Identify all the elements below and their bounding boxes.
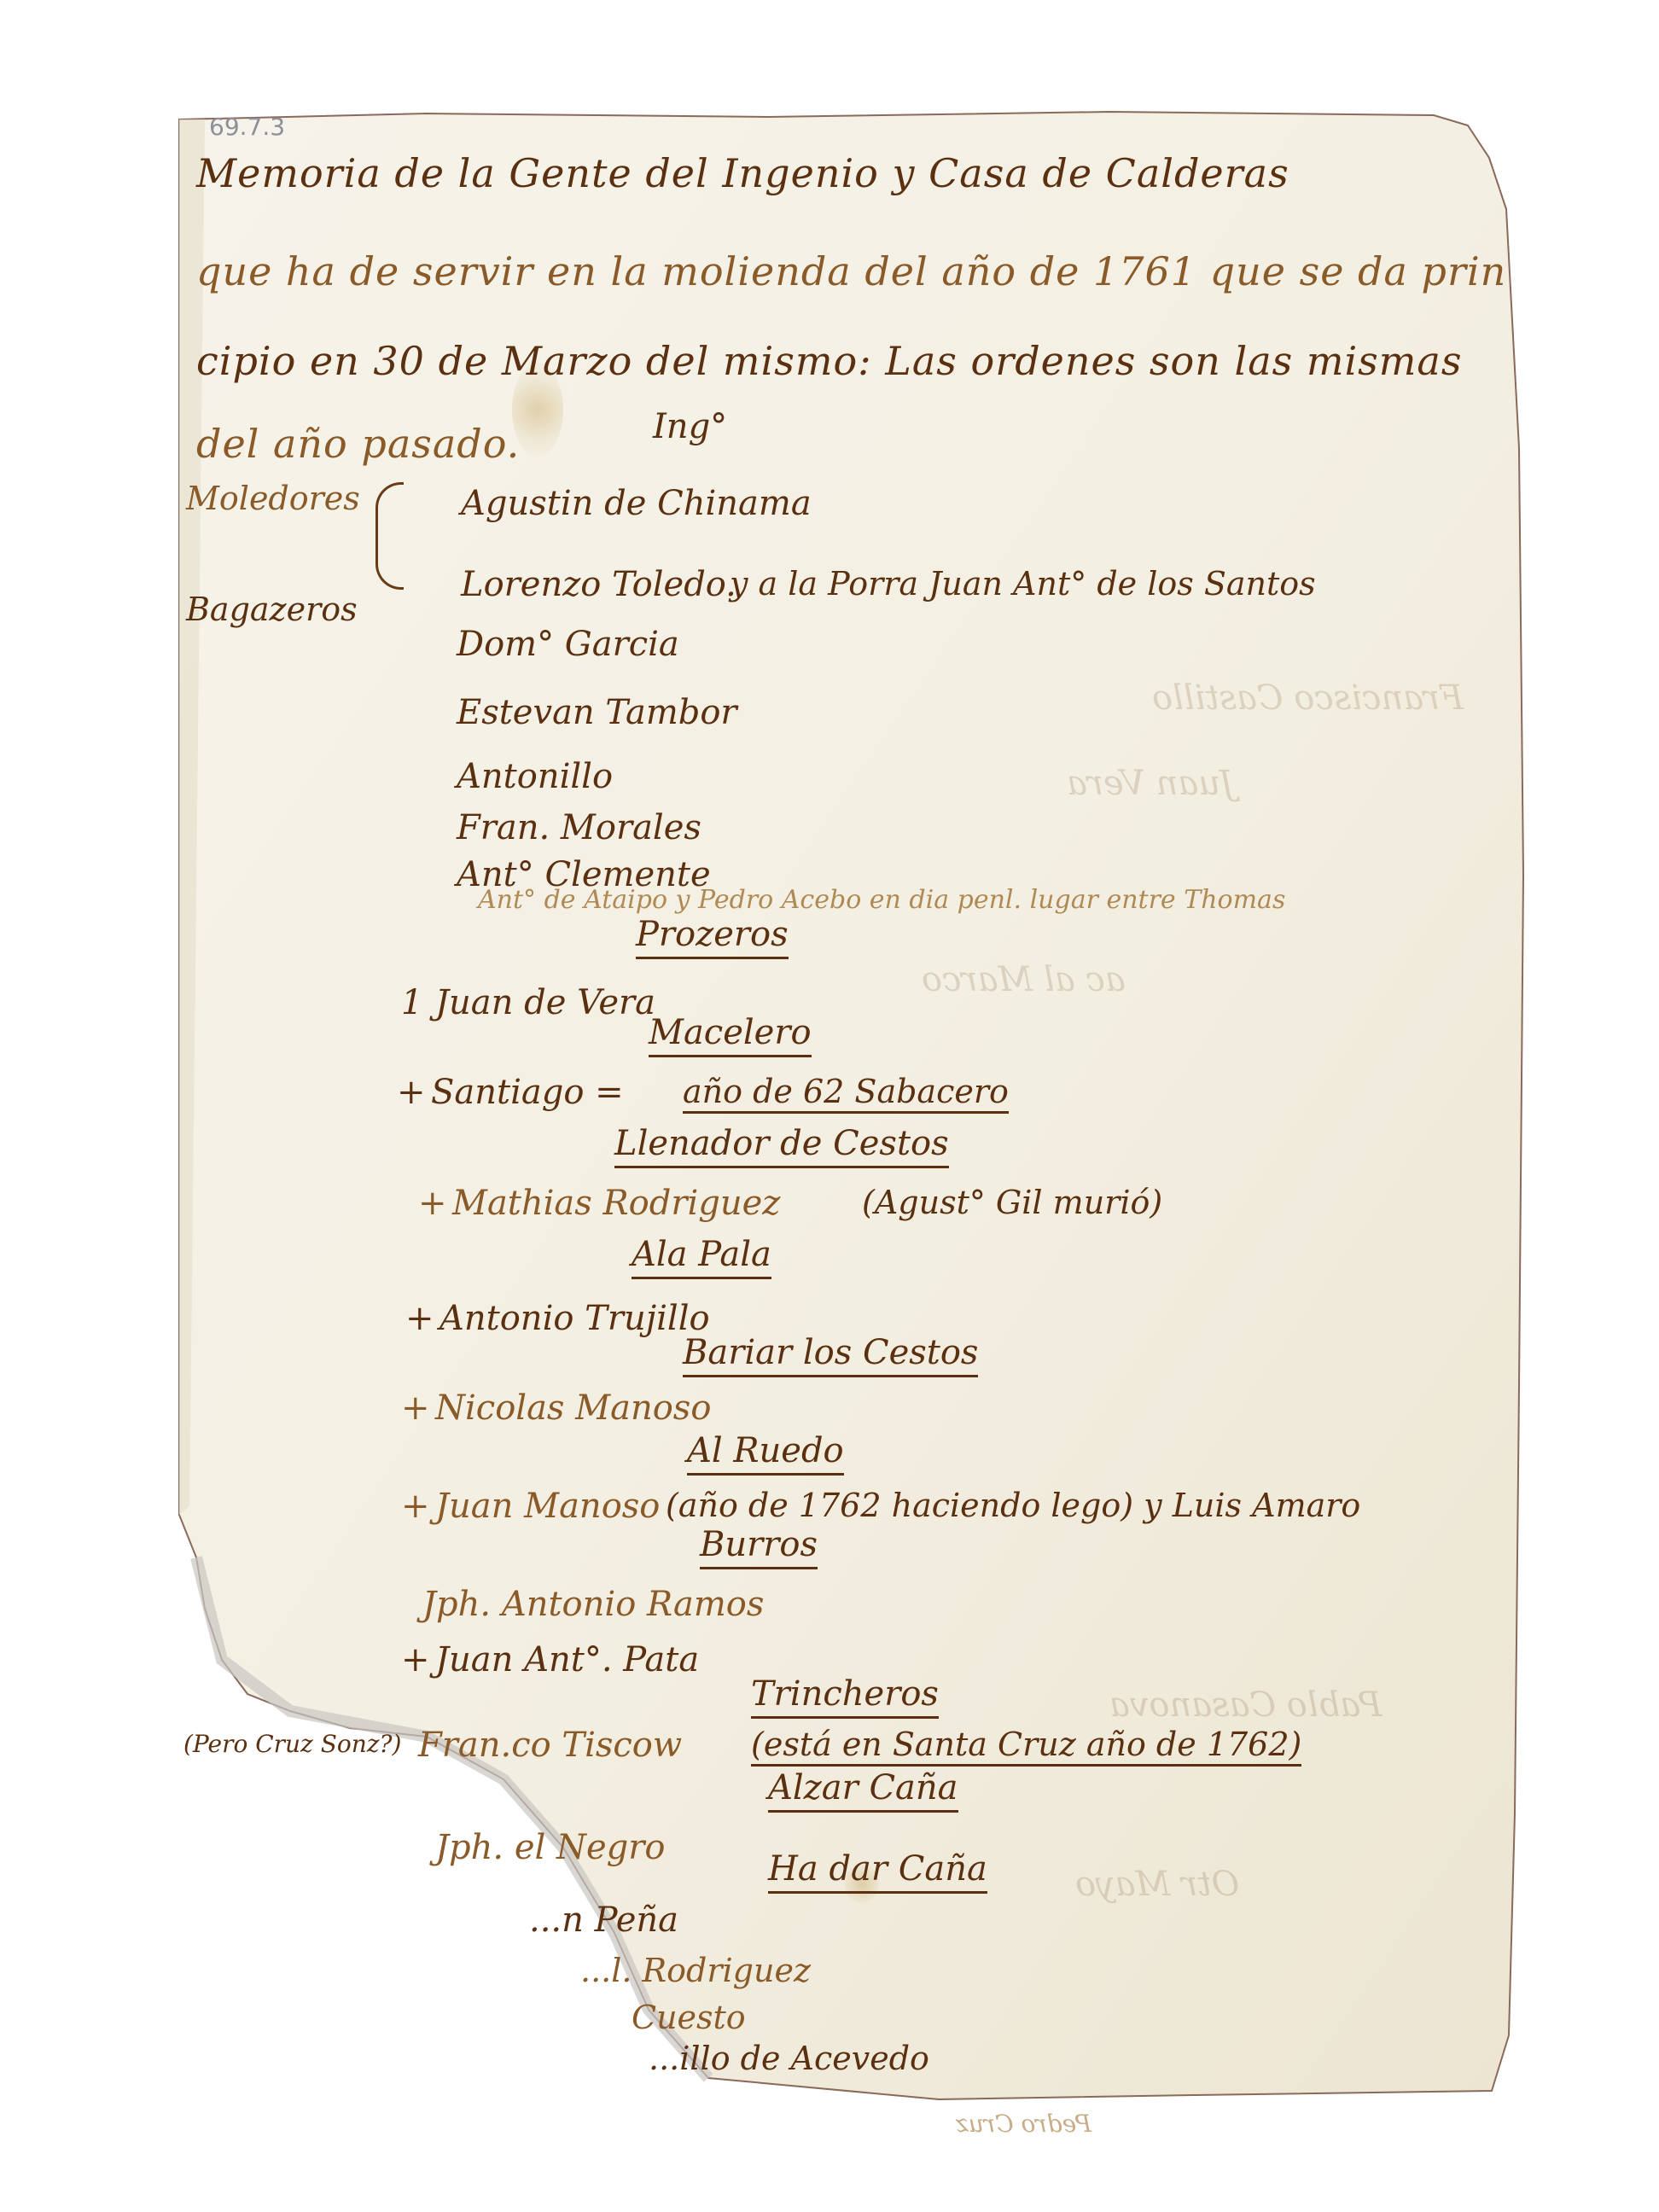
section-heading: Burros	[700, 1528, 818, 1569]
bagaceros-note: Ant° de Ataipo y Pedro Acebo en dia penl…	[478, 888, 1285, 913]
entry-name: Antonio Trujillo	[439, 1299, 710, 1338]
entry-name: Santiago =	[431, 1073, 624, 1112]
title-line-4: del año pasado.	[196, 424, 520, 463]
title-line-3: cipio en 30 de Marzo del mismo: Las orde…	[196, 341, 1462, 381]
title-line-2: que ha de servir en la molienda del año …	[196, 252, 1506, 291]
role-bagaceros: Bagazeros	[186, 593, 358, 626]
section-entry: Fran.co Tiscow	[418, 1728, 682, 1762]
entry-marker: +	[397, 1075, 431, 1109]
entry-name: Fran.co Tiscow	[418, 1726, 682, 1765]
bleed-through-fragment: Pedro Cruz	[956, 2112, 1091, 2136]
moledor-entry: Lorenzo Toledo.	[461, 568, 736, 602]
section-heading: Ala Pala	[632, 1237, 771, 1279]
section-entry: +Antonio Trujillo	[405, 1301, 710, 1336]
section-entry: +Nicolas Manoso	[401, 1391, 711, 1425]
entry-name: Cuesto	[632, 1999, 746, 2036]
section-entry: Jph. Antonio Ramos	[422, 1587, 764, 1621]
section-heading: Prozeros	[636, 917, 789, 959]
section-heading: Al Ruedo	[687, 1434, 844, 1476]
entry-marker: +	[401, 1489, 435, 1523]
entry-name: Juan Ant°. Pata	[435, 1640, 699, 1679]
entry-name: Jph. Antonio Ramos	[422, 1585, 764, 1624]
side-note: (Pero Cruz Sonz?)	[183, 1732, 401, 1756]
bleed-through-text: Pablo Casanova	[1109, 1685, 1382, 1725]
entry-marker: +	[418, 1186, 452, 1220]
entry-note: año de 62 Sabacero	[683, 1075, 1009, 1114]
moledor-entry: Agustin de Chinama	[461, 486, 812, 521]
bleed-through-text: Otr Mayo	[1075, 1865, 1239, 1904]
section-heading: Llenador de Cestos	[614, 1126, 949, 1168]
entry-marker: +	[401, 1643, 435, 1677]
manuscript-page: Francisco Castillo Juan Vera ac al Marco…	[171, 107, 1532, 2151]
section-entry: ...illo de Acevedo	[649, 2042, 929, 2075]
entry-note: (Agust° Gil murió)	[862, 1186, 1162, 1219]
entry-name: Nicolas Manoso	[435, 1388, 711, 1428]
entry-marker: +	[401, 1391, 435, 1425]
entry-name: ...l. Rodriguez	[580, 1952, 811, 1989]
title-line-1: Memoria de la Gente del Ingenio y Casa d…	[196, 154, 1289, 193]
section-entry: +Juan Ant°. Pata	[401, 1643, 699, 1677]
entry-name: Juan Manoso	[435, 1487, 660, 1526]
entry-marker: 1	[401, 986, 435, 1020]
bagacero-entry: Antonillo	[457, 760, 613, 794]
entry-note: (año de 1762 haciendo lego) y Luis Amaro	[666, 1489, 1360, 1522]
section-heading: Macelero	[649, 1016, 812, 1057]
entry-name: Juan de Vera	[435, 983, 655, 1022]
section-entry: Jph. el Negro	[435, 1831, 666, 1865]
section-entry: +Santiago =	[397, 1075, 624, 1109]
section-entry: 1Juan de Vera	[401, 986, 655, 1020]
moledores-note: y a la Porra Juan Ant° de los Santos	[730, 568, 1316, 600]
entry-name: Mathias Rodriguez	[452, 1184, 780, 1223]
bleed-through-text: Francisco Castillo	[1152, 678, 1464, 718]
brace	[375, 482, 404, 590]
bleed-through-text: Juan Vera	[1067, 764, 1234, 803]
catalog-number: 69.7.3	[209, 115, 285, 139]
section-entry: ...l. Rodriguez	[580, 1954, 811, 1987]
section-heading: Ha dar Caña	[768, 1852, 987, 1894]
entry-name: Jph. el Negro	[435, 1828, 666, 1867]
entry-note: (está en Santa Cruz año de 1762)	[751, 1728, 1301, 1767]
section-entry: +Mathias Rodriguez	[418, 1186, 780, 1220]
section-entry: ...n Peña	[529, 1903, 678, 1937]
role-moledores: Moledores	[186, 482, 360, 515]
entry-name: ...n Peña	[529, 1901, 678, 1940]
bagacero-entry: Fran. Morales	[457, 811, 701, 845]
bleed-through-text: ac al Marco	[922, 960, 1126, 999]
bagacero-entry: Estevan Tambor	[457, 696, 737, 730]
section-heading: Trincheros	[751, 1677, 939, 1719]
entry-name: ...illo de Acevedo	[649, 2040, 929, 2077]
bagacero-entry: Dom° Garcia	[457, 627, 679, 661]
ingenio-label: Ing°	[653, 410, 727, 444]
entry-marker: +	[405, 1301, 439, 1336]
section-heading: Alzar Caña	[768, 1771, 958, 1813]
section-heading: Bariar los Cestos	[683, 1336, 978, 1377]
section-entry: Cuesto	[632, 2001, 746, 2034]
section-entry: +Juan Manoso	[401, 1489, 660, 1523]
